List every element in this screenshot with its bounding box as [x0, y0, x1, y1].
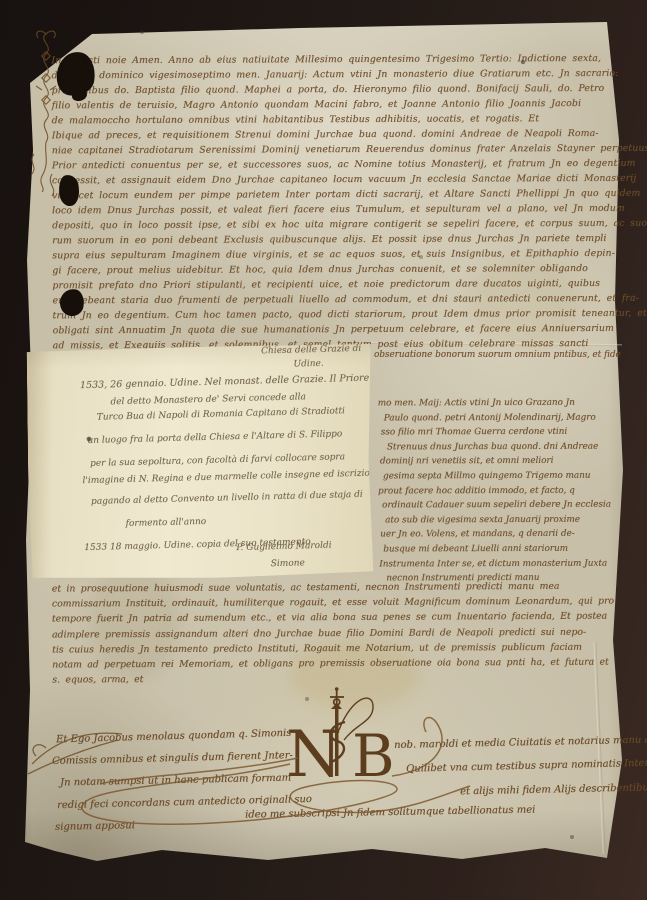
manuscript-line: busque mi debeant Liuelli anni stariorum [383, 542, 611, 557]
note-line: un luogo fra la porta della Chiesa e l'A… [87, 429, 342, 446]
note-header-line: Udine. [293, 359, 323, 370]
archival-note-content: Chiesa delle Grazie di Udine. 1533, 26 g… [25, 342, 375, 583]
monogram-cross-icon [330, 687, 344, 709]
manuscript-line: Instrumenta Inter se, et dictum monaster… [379, 556, 611, 571]
note-header-line: Chiesa delle Grazie di [261, 344, 361, 357]
note-line: 1533 18 maggio. Udine. copia del suo tes… [84, 537, 311, 553]
manuscript-line: sso filio mri Thomae Guerra cerdone vtin… [381, 425, 611, 440]
note-line: l'imagine di N. Regina e due marmelle co… [82, 468, 373, 486]
manuscript-line: Paulo quond. petri Antonij Molendinarij,… [384, 410, 611, 425]
manuscript-line: dominij nri venetiis sit, et omni melior… [380, 454, 611, 469]
manuscript-line: ato sub die vigesima sexta Januarij prox… [385, 512, 611, 527]
main-text-block: In Christi noie Amen. Anno ab eius natiu… [51, 51, 647, 354]
manuscript-line: prout facere hoc additio immodo, et fact… [378, 483, 611, 498]
manuscript-line: gesima septa Millmo quingemo Trigemo man… [383, 469, 611, 484]
photo-backdrop: In Christi noie Amen. Anno ab eius natiu… [0, 0, 647, 900]
note-line: Turco Bua di Napoli di Romania Capitano … [97, 406, 345, 422]
note-line: 1533, 26 gennaio. Udine. Nel monast. del… [80, 373, 369, 392]
manuscript-line: filio valentis de teruisio, Magro Antoni… [52, 96, 647, 114]
notarial-monogram-NB: N B [40, 678, 500, 858]
second-act-fragment-block: mo men. Maij: Actis vtini Jn uico Grazan… [378, 396, 612, 587]
note-line: del detto Monastero de' Servi concede al… [110, 392, 306, 407]
closing-text-block: et in prosequutione huiusmodi suae volun… [52, 579, 615, 688]
note-line: per la sua sepoltura, con facoltà di far… [90, 452, 345, 469]
manuscript-line: ordinauit Cadauer suum sepeliri debere J… [382, 498, 611, 513]
interrupted-line: obseruatione bonorum suorum omnium pntib… [374, 350, 621, 360]
manuscript-line: mo men. Maij: Actis vtini Jn uico Grazan… [378, 396, 611, 411]
manuscript-line: uer Jn eo. Volens, et mandans, q denarii… [380, 527, 611, 542]
manuscript-line: notam ad perpetuam rei Memoriam, et obli… [52, 655, 614, 673]
monogram-flourish [82, 717, 470, 824]
note-signature-line: Simone [271, 558, 305, 569]
note-line: pagando al detto Convento un livello in … [91, 490, 363, 507]
ink-specks [0, 0, 2, 2]
manuscript-line: Strenuus dnus Jurchas bua quond. dni And… [387, 439, 611, 454]
note-signature-line: P. Guglielmo Maroldi [236, 541, 332, 553]
note-line: formento all'anno [125, 517, 206, 529]
archival-note: Chiesa delle Grazie di Udine. 1533, 26 g… [27, 344, 374, 580]
